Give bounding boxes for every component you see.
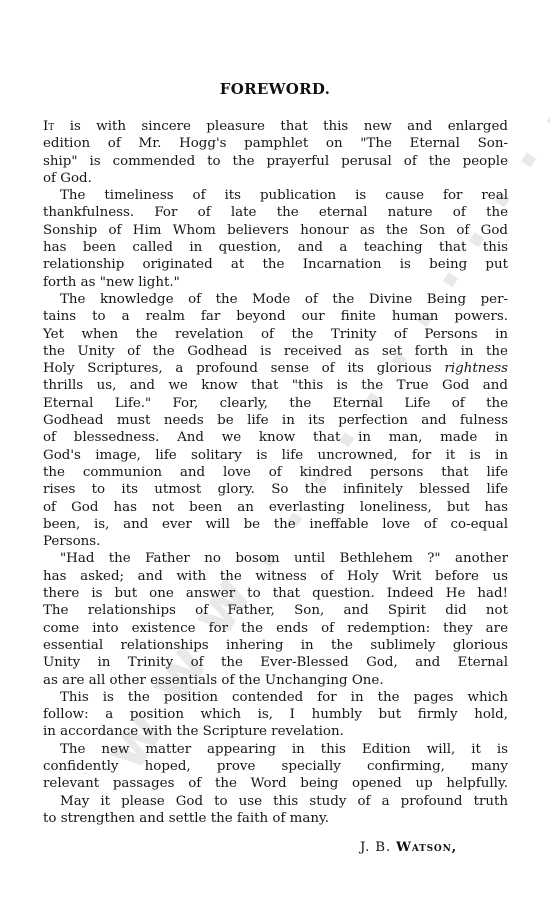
text-line: confidently hoped, prove specially confi… — [43, 758, 508, 775]
text-line: thrills us, and we know that "this is th… — [43, 377, 508, 394]
text-line: Sonship of Him Whom believers honour as … — [43, 222, 508, 239]
text-line: of God has not been an everlasting lonel… — [43, 499, 508, 516]
foreword-body: It is with sincere pleasure that this ne… — [43, 118, 508, 827]
text-line: to strengthen and settle the faith of ma… — [43, 810, 508, 827]
text-line: the Unity of the Godhead is received as … — [43, 343, 508, 360]
text-line: This is the position contended for in th… — [43, 689, 508, 706]
text-line: rises to its utmost glory. So the infini… — [43, 481, 508, 498]
text-line: of blessedness. And we know that in man,… — [43, 429, 508, 446]
text-line: relevant passages of the Word being open… — [43, 775, 508, 792]
text-line: in accordance with the Scripture revelat… — [43, 723, 508, 740]
text-line: of God. — [43, 170, 508, 187]
emphasis-rightness: rightness — [444, 361, 508, 376]
text-line: has asked; and with the witness of Holy … — [43, 568, 508, 585]
text-line: The knowledge of the Mode of the Divine … — [43, 291, 508, 308]
paragraph-4: "Had the Father no bosom until Bethlehem… — [43, 550, 508, 688]
text-line: as are all other essentials of the Uncha… — [43, 672, 508, 689]
text-line: has been called in question, and a teach… — [43, 239, 508, 256]
text-line: The timeliness of its publication is cau… — [43, 187, 508, 204]
text-line: The relationships of Father, Son, and Sp… — [43, 602, 508, 619]
line-text: is with sincere pleasure that this new a… — [54, 119, 508, 134]
paragraph-6: The new matter appearing in this Edition… — [43, 741, 508, 793]
lead-caps: It — [43, 119, 54, 134]
text-line: God's image, life solitary is life uncro… — [43, 447, 508, 464]
text-line: ship" is commended to the prayerful peru… — [43, 153, 508, 170]
text-line: follow: a position which is, I humbly bu… — [43, 706, 508, 723]
document-page: w w w . . . . . . . . . . . . . . . . . … — [0, 0, 550, 919]
text-line: Holy Scriptures, a profound sense of its… — [43, 360, 508, 377]
text-line: May it please God to use this study of a… — [43, 793, 508, 810]
page-title: FOREWORD. — [0, 80, 550, 98]
signature-initials: J. B. — [360, 840, 396, 855]
text-line: forth as "new light." — [43, 274, 508, 291]
text-line: Yet when the revelation of the Trinity o… — [43, 326, 508, 343]
text-line: edition of Mr. Hogg's pamphlet on "The E… — [43, 135, 508, 152]
text-line: Eternal Life." For, clearly, the Eternal… — [43, 395, 508, 412]
line-text: Holy Scriptures, a profound sense of its… — [43, 361, 444, 376]
paragraph-3: The knowledge of the Mode of the Divine … — [43, 291, 508, 550]
text-line: The new matter appearing in this Edition… — [43, 741, 508, 758]
text-line: come into existence for the ends of rede… — [43, 620, 508, 637]
paragraph-7: May it please God to use this study of a… — [43, 793, 508, 828]
signature-surname: Watson, — [396, 839, 457, 855]
signature: J. B. Watson, — [360, 839, 457, 855]
text-line: Godhead must needs be life in its perfec… — [43, 412, 508, 429]
text-line: thankfulness. For of late the eternal na… — [43, 204, 508, 221]
paragraph-2: The timeliness of its publication is cau… — [43, 187, 508, 291]
text-line: Unity in Trinity of the Ever-Blessed God… — [43, 654, 508, 671]
text-line: relationship originated at the Incarnati… — [43, 256, 508, 273]
text-line: tains to a realm far beyond our finite h… — [43, 308, 508, 325]
paragraph-5: This is the position contended for in th… — [43, 689, 508, 741]
text-line: been, is, and ever will be the ineffable… — [43, 516, 508, 533]
text-line: there is but one answer to that question… — [43, 585, 508, 602]
text-line: "Had the Father no bosom until Bethlehem… — [43, 550, 508, 567]
paragraph-1: It is with sincere pleasure that this ne… — [43, 118, 508, 187]
text-line: Persons. — [43, 533, 508, 550]
text-line: the communion and love of kindred person… — [43, 464, 508, 481]
text-line: It is with sincere pleasure that this ne… — [43, 118, 508, 135]
text-line: essential relationships inhering in the … — [43, 637, 508, 654]
